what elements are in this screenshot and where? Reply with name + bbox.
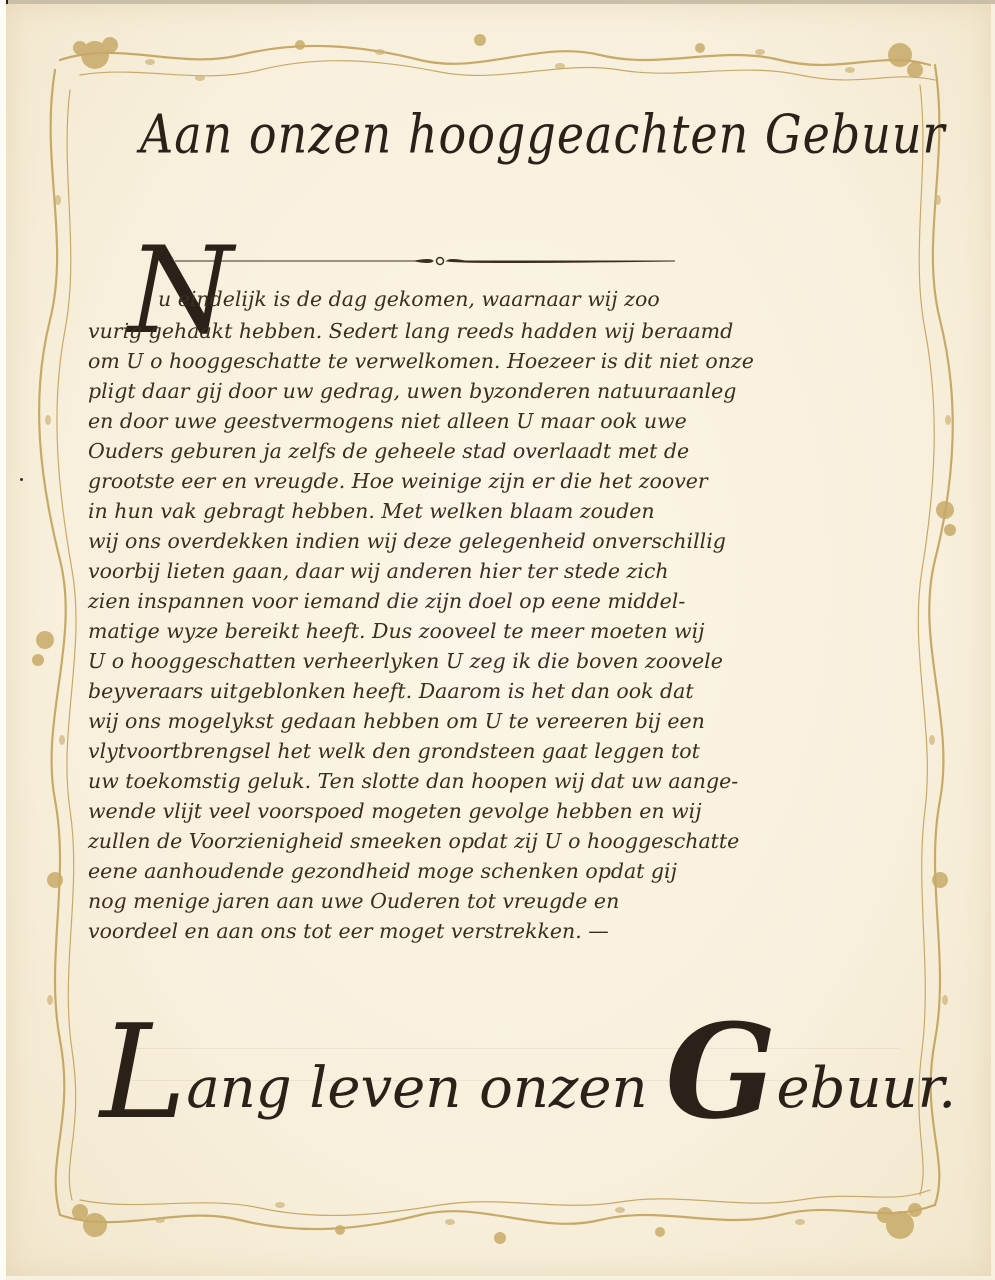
closing-salutation: Lang leven onzen Gebuur.	[100, 995, 956, 1148]
body-line: matige wyze bereikt heeft. Dus zooveel t…	[88, 616, 705, 646]
letter-title: Aan onzen hooggeachten Gebuur	[140, 103, 900, 165]
body-line: wij ons mogelykst gedaan hebben om U te …	[88, 706, 705, 736]
body-line: vurig gehaakt hebben. Sedert lang reeds …	[88, 316, 733, 346]
body-line: Ouders geburen ja zelfs de geheele stad …	[88, 436, 689, 466]
closing-initial-g: G	[665, 995, 776, 1148]
closing-text-1: ang leven onzen	[186, 1056, 665, 1121]
ornamental-divider	[175, 254, 675, 268]
closing-text-2: ebuur.	[776, 1056, 956, 1121]
body-line: wende vlijt veel voorspoed mogeten gevol…	[88, 796, 702, 826]
body-line: zien inspannen voor iemand die zijn doel…	[88, 586, 685, 616]
body-line: en door uwe geestvermogens niet alleen U…	[88, 406, 687, 436]
body-line: in hun vak gebragt hebben. Met welken bl…	[88, 496, 655, 526]
body-line: u eindelijk is de dag gekomen, waarnaar …	[158, 284, 660, 314]
body-line: eene aanhoudende gezondheid moge schenke…	[88, 856, 677, 886]
body-line: pligt daar gij door uw gedrag, uwen byzo…	[88, 376, 736, 406]
body-line: zullen de Voorzienigheid smeeken opdat z…	[88, 826, 739, 856]
body-line: beyveraars uitgeblonken heeft. Daarom is…	[88, 676, 694, 706]
body-line: grootste eer en vreugde. Hoe weinige zij…	[88, 466, 708, 496]
body-line: uw toekomstig geluk. Ten slotte dan hoop…	[88, 766, 738, 796]
body-line: U o hooggeschatten verheerlyken U zeg ik…	[88, 646, 723, 676]
body-line: om U o hooggeschatte te verwelkomen. Hoe…	[88, 346, 754, 376]
body-line: voordeel en aan ons tot eer moget verstr…	[88, 916, 609, 946]
body-line: wij ons overdekken indien wij deze geleg…	[88, 526, 726, 556]
body-line: voorbij lieten gaan, daar wij anderen hi…	[88, 556, 669, 586]
closing-initial-l: L	[100, 996, 186, 1148]
body-line: vlytvoortbrengsel het welk den grondstee…	[88, 736, 700, 766]
body-line: nog menige jaren aan uwe Ouderen tot vre…	[88, 886, 619, 916]
